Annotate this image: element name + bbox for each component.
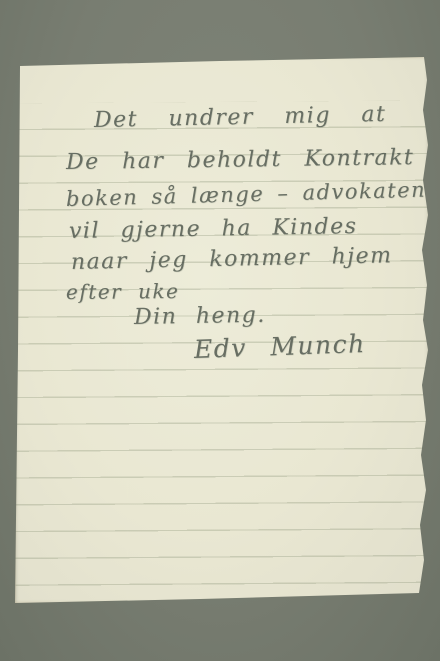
photo-background: Det undrer mig at De har beholdt Kontrak… <box>0 0 440 661</box>
letter-signature: Edv Munch <box>193 329 366 364</box>
handwriting-line: vil gjerne ha Kindes <box>69 214 358 244</box>
handwriting-line: De har beholdt Kontrakt <box>66 145 415 175</box>
letter-closing: Din heng. <box>134 303 266 330</box>
letter-paper: Det undrer mig at De har beholdt Kontrak… <box>14 54 430 606</box>
handwriting-line: efter uke <box>66 279 180 304</box>
